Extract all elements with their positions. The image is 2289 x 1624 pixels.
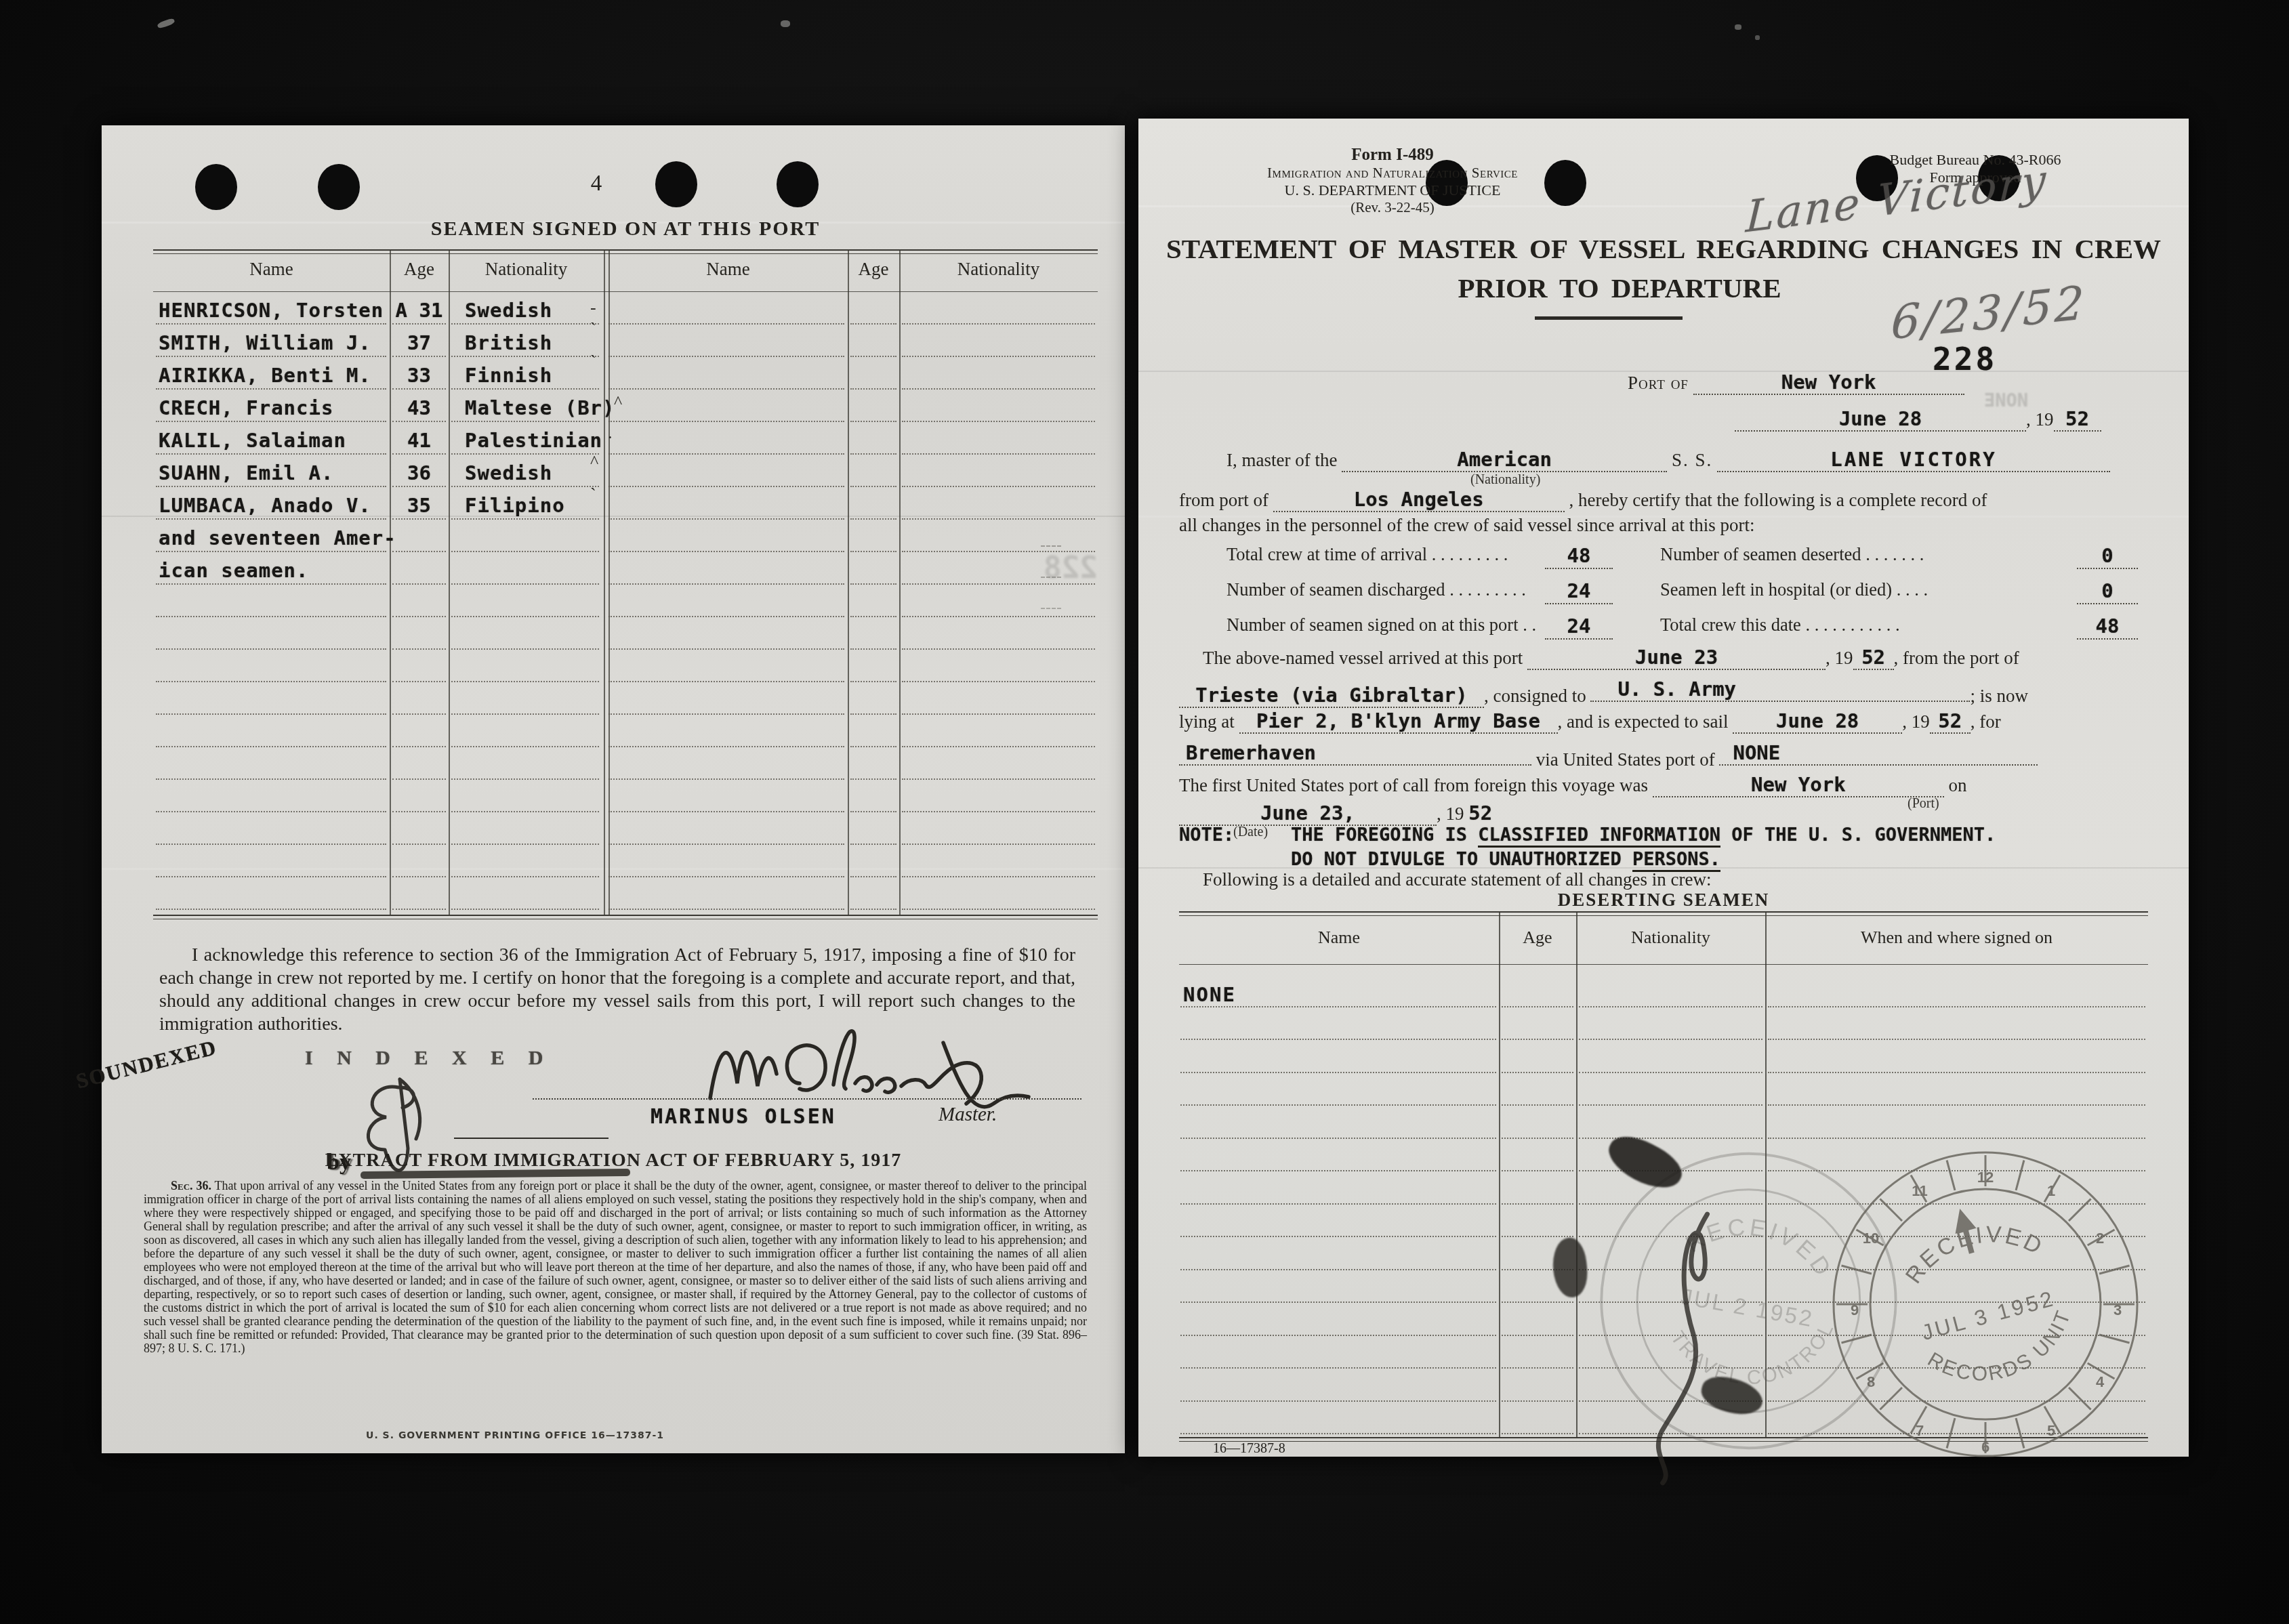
note-underlined-phrase: CLASSIFIED INFORMATION bbox=[1478, 825, 1720, 848]
nationality-value: American bbox=[1457, 448, 1552, 471]
note-label: NOTE: bbox=[1179, 825, 1234, 846]
scan-speck bbox=[1735, 24, 1741, 30]
title-underline bbox=[1535, 316, 1683, 320]
empty-table-row bbox=[153, 685, 1098, 717]
seaman-age: 37 bbox=[390, 331, 449, 354]
destination-value: Bremerhaven bbox=[1186, 741, 1316, 764]
year-prefix: , 19 bbox=[2026, 409, 2054, 430]
stats-row-2: Number of seamen discharged . . . . . . … bbox=[1226, 579, 2148, 606]
seaman-age: A 31 bbox=[390, 299, 449, 322]
from-port-value: Los Angeles bbox=[1354, 488, 1484, 511]
left-page: 4 SEAMEN SIGNED ON AT THIS PORT 228 Name… bbox=[102, 125, 1125, 1453]
pen-check-mark: ^ bbox=[614, 392, 622, 413]
port-sublabel: (Port) bbox=[1907, 796, 1939, 812]
punch-hole bbox=[318, 164, 360, 210]
on-label: on bbox=[1949, 775, 1967, 795]
stat-label: Number of seamen deserted . . . . . . . bbox=[1660, 544, 1924, 565]
stats-row-3: Number of seamen signed on at this port … bbox=[1226, 615, 2148, 642]
year-field: 52 bbox=[2054, 407, 2101, 432]
form-id: Form I-489 bbox=[1182, 146, 1603, 165]
port-label: Port of bbox=[1628, 373, 1689, 393]
first-port-value: New York bbox=[1751, 773, 1846, 796]
left-page-title: SEAMEN SIGNED ON AT THIS PORT bbox=[153, 217, 1098, 241]
svg-text:12: 12 bbox=[1977, 1169, 1994, 1186]
table-row-continuation: and seventeen Amer- bbox=[153, 522, 1098, 555]
seaman-age: 41 bbox=[390, 429, 449, 452]
seaman-name: SUAHN, Emil A. bbox=[159, 461, 333, 484]
seaman-name: LUMBACA, Anado V. bbox=[159, 494, 371, 517]
sail-date: June 28 bbox=[1776, 709, 1859, 732]
table-row: SMITH, William J. 37 British ` bbox=[153, 327, 1098, 360]
svg-text:1: 1 bbox=[2047, 1182, 2055, 1199]
table-row: LUMBACA, Anado V. 35 Filipino ` bbox=[153, 490, 1098, 522]
following-line: Following is a detailed and accurate sta… bbox=[1203, 869, 1711, 890]
year-value: 52 bbox=[2065, 407, 2089, 430]
stat-label: Number of seamen signed on at this port … bbox=[1226, 615, 1536, 636]
form-footer-code: 16—17387-8 bbox=[1213, 1441, 1285, 1457]
from-port-field: Los Angeles bbox=[1273, 488, 1565, 512]
certify-text: , hereby certify that the following is a… bbox=[1569, 490, 1987, 510]
empty-table-row bbox=[153, 717, 1098, 750]
col-header-age2: Age bbox=[848, 259, 899, 280]
seaman-age: 35 bbox=[390, 494, 449, 517]
note-line-1: THE FOREGOING IS CLASSIFIED INFORMATION … bbox=[1291, 825, 1996, 846]
date-sublabel: (Date) bbox=[1233, 825, 1268, 840]
sail-year: 52 bbox=[1938, 709, 1962, 732]
indexed-stamp: I N D E X E D bbox=[305, 1047, 552, 1070]
soundexed-stamp: SOUNDEXED bbox=[74, 1035, 220, 1094]
form-title-line2: PRIOR TO DEPARTURE bbox=[1138, 272, 2101, 304]
empty-table-row bbox=[153, 815, 1098, 848]
col-header-nationality2: Nationality bbox=[899, 259, 1098, 280]
date-field: June 28 bbox=[1735, 407, 2026, 432]
port-line: Port of New York bbox=[1628, 371, 1964, 395]
scan-speck bbox=[157, 18, 176, 29]
records-unit-received-stamp: 12 1 2 3 4 5 6 7 8 9 10 11 RECEIVED JUL … bbox=[1830, 1148, 2141, 1463]
stats-row-1: Total crew at time of arrival . . . . . … bbox=[1226, 544, 2148, 571]
empty-table-row bbox=[153, 848, 1098, 880]
stat-label: Total crew at time of arrival . . . . . … bbox=[1226, 544, 1508, 565]
stat-field: 24 bbox=[1545, 579, 1613, 604]
seaman-nationality: Maltese (Br) bbox=[465, 396, 615, 419]
stat-label: Seamen left in hospital (or died) . . . … bbox=[1660, 579, 1928, 600]
vessel-value: LANE VICTORY bbox=[1830, 448, 1997, 471]
stat-field: 48 bbox=[2077, 615, 2138, 640]
svg-text:9: 9 bbox=[1851, 1302, 1859, 1318]
sail-date-field: June 28 bbox=[1733, 709, 1902, 734]
seaman-age: 36 bbox=[390, 461, 449, 484]
scanned-document-screenshot: { "left_page": { "page_number": "4", "ti… bbox=[0, 0, 2289, 1624]
svg-text:2: 2 bbox=[2096, 1230, 2104, 1247]
svg-text:JUL 3 1952: JUL 3 1952 bbox=[1919, 1286, 2058, 1345]
port-field: New York bbox=[1693, 371, 1964, 395]
nationality-field: American bbox=[1342, 448, 1667, 472]
empty-table-row bbox=[1179, 1043, 2148, 1076]
pen-check-mark: · bbox=[607, 428, 613, 448]
svg-text:8: 8 bbox=[1867, 1373, 1875, 1390]
via-field: NONE bbox=[1719, 741, 2038, 766]
empty-table-row bbox=[153, 750, 1098, 783]
arrived-date: June 23 bbox=[1635, 646, 1718, 669]
master-pre: I, master of the bbox=[1226, 450, 1337, 470]
from-port-line: from port of Los Angeles , hereby certif… bbox=[1179, 488, 1987, 512]
signature-line bbox=[533, 1098, 1081, 1100]
empty-table-row bbox=[153, 620, 1098, 652]
department-name: U. S. DEPARTMENT OF JUSTICE bbox=[1182, 182, 1603, 199]
svg-text:4: 4 bbox=[2096, 1373, 2105, 1390]
seaman-age: 33 bbox=[390, 364, 449, 387]
extract-heading: EXTRACT FROM IMMIGRATION ACT OF FEBRUARY… bbox=[102, 1150, 1125, 1171]
col-header-name: Name bbox=[153, 259, 390, 280]
col-header-when-where: When and where signed on bbox=[1765, 928, 2148, 948]
punch-hole bbox=[655, 161, 697, 207]
pen-check-mark: ` bbox=[590, 319, 596, 339]
arrived-line: The above-named vessel arrived at this p… bbox=[1203, 646, 2019, 670]
pen-check-mark: ` bbox=[590, 484, 596, 505]
date-value: June 28 bbox=[1839, 407, 1922, 430]
call-date-line: June 23,, 19 52 bbox=[1179, 801, 1492, 826]
foreign-port-value: Trieste (via Gibraltar) bbox=[1195, 684, 1468, 707]
first-port-field: New York bbox=[1653, 773, 1944, 797]
svg-text:6: 6 bbox=[1981, 1438, 1989, 1455]
col-header-nationality: Nationality bbox=[1576, 928, 1765, 948]
stat-label: Number of seamen discharged . . . . . . … bbox=[1226, 579, 1526, 600]
note-line-2: DO NOT DIVULGE TO UNAUTHORIZED PERSONS. bbox=[1291, 849, 1720, 870]
stat-field: 48 bbox=[1545, 544, 1613, 569]
continuation-text: ican seamen. bbox=[159, 559, 309, 582]
right-page: Form I-489 Immigration and Naturalizatio… bbox=[1138, 119, 2189, 1457]
record-line: all changes in the personnel of the crew… bbox=[1179, 515, 1754, 536]
svg-text:3: 3 bbox=[2113, 1302, 2122, 1318]
scan-speck bbox=[781, 20, 790, 27]
pen-check-mark: ^ bbox=[590, 452, 598, 472]
master-role-label: Master. bbox=[939, 1104, 997, 1126]
col-header-name2: Name bbox=[609, 259, 848, 280]
page-number: 4 bbox=[579, 171, 613, 196]
seaman-nationality: Finnish bbox=[465, 364, 552, 387]
stat-value: 48 bbox=[1567, 544, 1591, 567]
stat-field: 0 bbox=[2077, 579, 2138, 604]
empty-table-row bbox=[153, 783, 1098, 815]
punch-hole bbox=[195, 164, 237, 210]
note-underlined-phrase: PERSONS. bbox=[1632, 849, 1720, 872]
empty-table-row bbox=[153, 880, 1098, 913]
stat-value: 0 bbox=[2101, 579, 2113, 602]
seaman-age: 43 bbox=[390, 396, 449, 419]
seaman-name: AIRIKKA, Benti M. bbox=[159, 364, 371, 387]
stat-value: 24 bbox=[1567, 579, 1591, 602]
table-row: AIRIKKA, Benti M. 33 Finnish ` bbox=[153, 360, 1098, 392]
pen-check-mark: - bbox=[590, 297, 596, 318]
continuation-text: and seventeen Amer- bbox=[159, 526, 396, 549]
col-header-name: Name bbox=[1179, 928, 1499, 948]
form-revision: (Rev. 3-22-45) bbox=[1182, 199, 1603, 216]
port-value: New York bbox=[1781, 371, 1876, 394]
seaman-name: SMITH, William J. bbox=[159, 331, 371, 354]
scan-speck bbox=[1755, 35, 1760, 40]
stat-value: 0 bbox=[2101, 544, 2113, 567]
deserting-seamen-title: DESERTING SEAMEN bbox=[1138, 890, 2189, 911]
svg-text:5: 5 bbox=[2047, 1422, 2055, 1439]
consignee-field: U. S. Army bbox=[1590, 678, 1970, 702]
seaman-nationality: Palestinian bbox=[465, 429, 602, 452]
seaman-nationality: Filipino bbox=[465, 494, 565, 517]
stat-value: 24 bbox=[1567, 615, 1591, 638]
empty-table-row bbox=[1179, 1010, 2148, 1043]
vessel-field: LANE VICTORY bbox=[1717, 448, 2110, 472]
form-id-block: Form I-489 Immigration and Naturalizatio… bbox=[1182, 146, 1603, 216]
consigned-line: Trieste (via Gibraltar), consigned to U.… bbox=[1179, 678, 2028, 708]
stat-field: 24 bbox=[1545, 615, 1613, 640]
stat-value: 48 bbox=[2096, 615, 2120, 638]
empty-table-row bbox=[153, 587, 1098, 620]
seaman-nationality: Swedish bbox=[465, 461, 552, 484]
arrived-year: 52 bbox=[1861, 646, 1885, 669]
table-row: NONE bbox=[1179, 979, 2148, 1010]
pier-value: Pier 2, B'klyn Army Base bbox=[1256, 709, 1540, 732]
via-value: NONE bbox=[1733, 741, 1780, 764]
first-port-line: The first United States port of call fro… bbox=[1179, 773, 1967, 797]
ss-label: S. S. bbox=[1672, 450, 1712, 470]
table-row: KALIL, Salaiman 41 Palestinian · bbox=[153, 425, 1098, 457]
empty-table-row bbox=[1179, 1076, 2148, 1108]
master-line: I, master of the American S. S. LANE VIC… bbox=[1226, 448, 2110, 472]
table-row: SUAHN, Emil A. 36 Swedish ^ bbox=[153, 457, 1098, 490]
none-entry: NONE bbox=[1183, 983, 1236, 1006]
svg-text:11: 11 bbox=[1912, 1182, 1927, 1199]
seamen-signed-on-table: Name Age Nationality Name Age Nationalit… bbox=[153, 249, 1098, 919]
stat-label: Total crew this date . . . . . . . . . .… bbox=[1660, 615, 1900, 636]
seaman-name: CRECH, Francis bbox=[159, 396, 333, 419]
consignee-value: U. S. Army bbox=[1617, 678, 1736, 701]
seaman-name: KALIL, Salaiman bbox=[159, 429, 346, 452]
col-header-nationality: Nationality bbox=[449, 259, 604, 280]
table-row: CRECH, Francis 43 Maltese (Br) ^ bbox=[153, 392, 1098, 425]
call-date-value: June 23, bbox=[1260, 801, 1355, 825]
date-line: June 28, 1952 bbox=[1735, 407, 2101, 432]
destination-line: Bremerhaven via United States port of NO… bbox=[1179, 741, 2038, 770]
nationality-sublabel: (Nationality) bbox=[1470, 472, 1540, 488]
from-port-label: from port of bbox=[1179, 490, 1269, 510]
col-header-age: Age bbox=[1499, 928, 1576, 948]
by-line bbox=[454, 1138, 609, 1139]
arrived-date-field: June 23 bbox=[1527, 646, 1826, 670]
call-year: 52 bbox=[1468, 801, 1492, 825]
empty-table-row bbox=[153, 652, 1098, 685]
table-row-continuation: ican seamen. bbox=[153, 555, 1098, 587]
destination-field: Bremerhaven bbox=[1179, 741, 1531, 766]
svg-text:7: 7 bbox=[1916, 1422, 1924, 1439]
seaman-name: HENRICSON, Torsten bbox=[159, 299, 384, 322]
sec36-text: That upon arrival of any vessel in the U… bbox=[144, 1179, 1087, 1355]
table-row: HENRICSON, Torsten A 31 Swedish - bbox=[153, 295, 1098, 327]
form-title-line1: STATEMENT OF MASTER OF VESSEL REGARDING … bbox=[1138, 232, 2189, 265]
svg-text:10: 10 bbox=[1863, 1230, 1879, 1247]
pier-field: Pier 2, B'klyn Army Base bbox=[1239, 709, 1558, 734]
seaman-nationality: Swedish bbox=[465, 299, 552, 322]
sec36-paragraph: Sec. 36. That upon arrival of any vessel… bbox=[144, 1180, 1087, 1356]
call-date-field: June 23, bbox=[1179, 801, 1437, 826]
master-name-typed: MARINUS OLSEN bbox=[651, 1105, 836, 1129]
foreign-port-field: Trieste (via Gibraltar) bbox=[1179, 684, 1484, 708]
seaman-nationality: British bbox=[465, 331, 552, 354]
lying-line: lying at Pier 2, B'klyn Army Base, and i… bbox=[1179, 709, 2001, 734]
bleed-through-none: NONE bbox=[1984, 388, 2028, 409]
sec36-label: Sec. 36. bbox=[171, 1179, 211, 1192]
gpo-footer-line: U. S. GOVERNMENT PRINTING OFFICE 16—1738… bbox=[318, 1430, 712, 1441]
pen-check-mark: ` bbox=[590, 352, 596, 372]
agency-name: Immigration and Naturalization Service bbox=[1182, 165, 1603, 182]
stat-field: 0 bbox=[2077, 544, 2138, 569]
punch-hole bbox=[777, 161, 819, 207]
col-header-age: Age bbox=[390, 259, 449, 280]
